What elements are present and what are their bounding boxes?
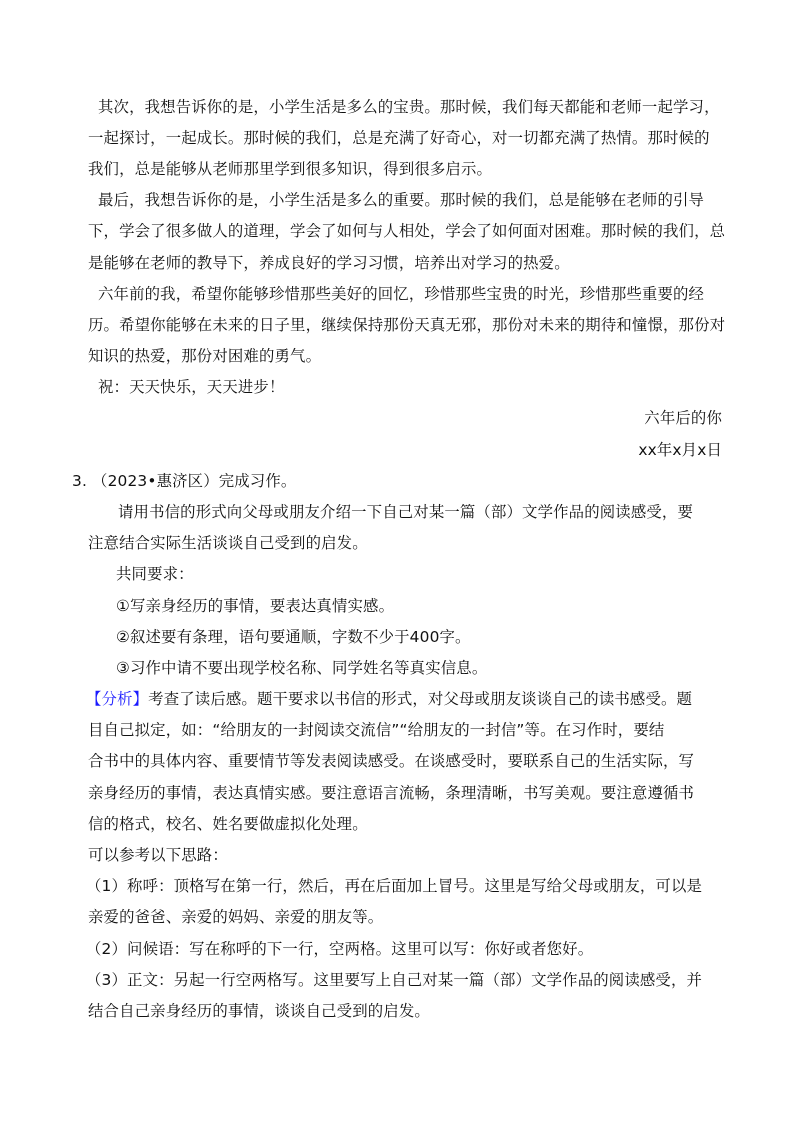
analysis-step: （2）问候语：写在称呼的下一行，空两格。这里可以写：你好或者您好。 [86, 939, 593, 959]
analysis-line: 目自己拟定，如：“给朋友的一封阅读交流信”“给朋友的一封信”等。在习作时，要结 [88, 720, 664, 740]
letter-paragraph-line: 其次，我想告诉你的是，小学生活是多么的宝贵。那时候，我们每天都能和老师一起学习， [98, 97, 720, 117]
analysis-line: 亲身经历的事情，表达真情实感。要注意语言流畅，条理清晰，书写美观。要注意遵循书 [88, 783, 694, 803]
requirement-item: ②叙述要有条理，语句要通顺，字数不少于400字。 [116, 627, 471, 647]
analysis-line: 信的格式，校名、姓名要做虚拟化处理。 [88, 814, 368, 834]
letter-signature: 六年后的你 [644, 408, 722, 428]
analysis-step: （3）正文：另起一行空两格写。这里要写上自己对某一篇（部）文学作品的阅读感受，并 [86, 970, 702, 990]
letter-paragraph-line: 历。希望你能够在未来的日子里，继续保持那份天真无邪，那份对未来的期待和憧憬，那份… [88, 315, 725, 335]
requirements-title: 共同要求： [116, 564, 194, 584]
question-source: （2023•惠济区）完成习作。 [92, 472, 296, 490]
analysis-first-line: 【分析】考查了读后感。题干要求以书信的形式，对父母或朋友谈谈自己的读书感受。题 [86, 689, 692, 709]
letter-closing: 祝：天天快乐，天天进步！ [98, 377, 285, 397]
letter-paragraph-line: 六年前的我，希望你能够珍惜那些美好的回忆，珍惜那些宝贵的时光，珍惜那些重要的经 [98, 284, 704, 304]
question-header: 3. （2023•惠济区）完成习作。 [72, 471, 296, 491]
letter-paragraph-line: 一起探讨，一起成长。那时候的我们，总是充满了好奇心，对一切都充满了热情。那时候的 [88, 128, 710, 148]
letter-paragraph-line: 是能够在老师的教导下，养成良好的学习习惯，培养出对学习的热爱。 [88, 253, 570, 273]
letter-paragraph-line: 知识的热爱，那份对困难的勇气。 [88, 346, 321, 366]
analysis-step: 结合自己亲身经历的事情，谈谈自己受到的启发。 [88, 1001, 430, 1021]
requirement-item: ③习作中请不要出现学校名称、同学姓名等真实信息。 [116, 658, 487, 678]
question-number: 3. [72, 472, 87, 490]
requirement-item: ①写亲身经历的事情，要表达真情实感。 [116, 596, 394, 616]
question-prompt-line: 注意结合实际生活谈谈自己受到的启发。 [88, 533, 368, 553]
analysis-line: 合书中的具体内容、重要情节等发表阅读感受。在谈感受时，要联系自己的生活实际，写 [88, 751, 694, 771]
question-prompt-line: 请用书信的形式向父母或朋友介绍一下自己对某一篇（部）文学作品的阅读感受，要 [118, 502, 693, 522]
letter-paragraph-line: 最后，我想告诉你的是，小学生活是多么的重要。那时候的我们，总是能够在老师的引导 [98, 190, 704, 210]
analysis-text: 考查了读后感。题干要求以书信的形式，对父母或朋友谈谈自己的读书感受。题 [148, 690, 692, 708]
letter-paragraph-line: 我们，总是能够从老师那里学到很多知识，得到很多启示。 [88, 159, 492, 179]
analysis-step: 亲爱的爸爸、亲爱的妈妈、亲爱的朋友等。 [88, 907, 383, 927]
analysis-step: （1）称呼：顶格写在第一行，然后，再在后面加上冒号。这里是写给父母或朋友，可以是 [86, 876, 702, 896]
analysis-label: 【分析】 [86, 690, 148, 708]
analysis-hint: 可以参考以下思路： [88, 845, 228, 865]
letter-date: xx年x月x日 [638, 440, 722, 460]
letter-paragraph-line: 下，学会了很多做人的道理，学会了如何与人相处，学会了如何面对困难。那时候的我们，… [88, 221, 725, 241]
